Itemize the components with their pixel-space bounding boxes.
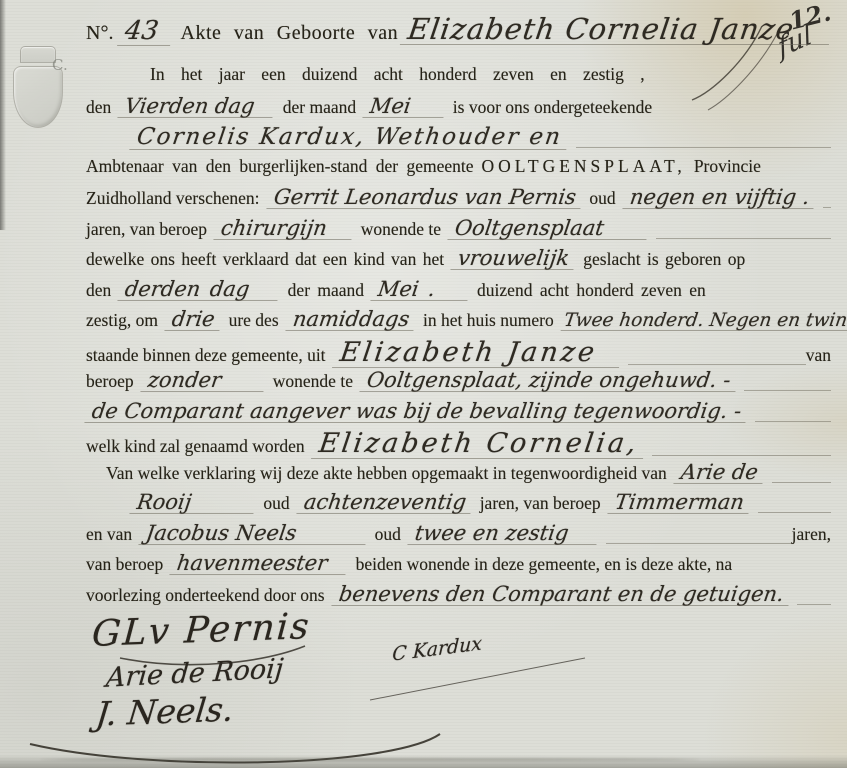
handwritten-entry: de Comparant aangever was bij de bevalli… [84,400,749,423]
document-header-line: N°. 43 Akte van Geboorte van Elizabeth C… [86,14,831,60]
handwritten-entry: vrouwelijk [450,247,576,270]
scan-bottom-edge-shadow [0,755,847,768]
birth-certificate-scan: C. 12. ful N°. 43 Akte van Geboorte van … [0,0,847,768]
document-line: Rooijoudachtenzeventigjaren, van beroepT… [86,491,831,522]
document-line: van beroephavenmeesterbeiden wonende in … [86,552,831,583]
document-line: Van welke verklaring wij deze akte hebbe… [86,461,831,492]
handwritten-entry: negen en vijftig . [622,186,817,209]
printed-text: der maand [288,280,364,301]
printed-text: voorlezing onderteekend door ons [86,585,325,606]
printed-text: jaren, [792,524,831,545]
ruled-line-fill [744,378,831,391]
printed-text: In het jaar een duizend acht honderd zev… [150,64,645,85]
printed-text: Ambtenaar van den burgerlijken-stand der… [86,156,474,177]
handwritten-entry: havenmeester [170,552,350,575]
printed-text: beroep [86,371,134,392]
document-line: dewelke ons heeft verklaard dat een kind… [86,247,831,278]
printed-text: geslacht is geboren op [583,249,745,270]
printed-text: wonende te [273,371,353,392]
child-name-header: Elizabeth Cornelia Janze [400,14,833,45]
handwritten-entry: derden dag [118,278,282,301]
printed-text: van beroep [86,554,163,575]
document-line: Cornelis Kardux, Wethouder en [86,125,831,156]
handwritten-entry: Elizabeth Cornelia, [311,430,647,459]
ruled-line-fill [823,195,831,208]
printed-text: in het huis numero [423,310,554,331]
printed-text: beiden wonende in deze gemeente, en is d… [356,554,733,575]
handwritten-entry: drie [164,308,222,331]
printed-text: OOLTGENSPLAAT, [482,156,686,177]
printed-text: duizend acht honderd zeven en [477,280,706,301]
printed-text: en van [86,524,132,545]
printed-text: oud [589,188,615,209]
printed-text: jaren, van beroep [86,219,207,240]
document-line: en vanJacobus Neelsoudtwee en zestigjare… [86,522,831,553]
document-content: N°. 43 Akte van Geboorte van Elizabeth C… [0,0,847,613]
handwritten-entry: benevens den Comparant en de getuigen. [331,583,791,606]
printed-text: ure des [229,310,279,331]
document-line: Ambtenaar van den burgerlijken-stand der… [86,156,831,187]
handwritten-entry: Timmerman [607,491,751,514]
document-line: In het jaar een duizend acht honderd zev… [86,64,831,95]
printed-text: jaren, van beroep [480,493,601,514]
document-line: jaren, van beroepchirurgijnwonende teOol… [86,217,831,248]
act-number-value: 43 [117,18,174,46]
document-line: beroepzonderwonende teOoltgensplaat, zij… [86,369,831,400]
handwritten-entry: Vierden dag [118,95,277,118]
printed-text: oud [375,524,401,545]
document-line: Zuidholland verschenen:Gerrit Leonardus … [86,186,831,217]
handwritten-entry: chirurgijn [213,217,354,240]
ruled-line-fill [758,500,831,513]
document-line: denderden dagder maandMei .duizend acht … [86,278,831,309]
handwritten-entry: namiddags [285,308,417,331]
document-line: de Comparant aangever was bij de bevalli… [86,400,831,431]
ruled-line-fill [628,352,805,365]
printed-text: van [806,345,831,366]
ruled-line-fill [755,409,831,422]
ruled-line-fill [772,470,831,483]
ruled-line-fill [576,135,831,148]
handwritten-entry: Gerrit Leonardus van Pernis [266,186,583,209]
handwritten-entry: Rooij [129,491,257,514]
document-title: Akte van Geboorte van [181,22,399,45]
printed-text: Provincie [694,156,761,177]
handwritten-entry: Arie de [673,461,765,484]
body-lines: In het jaar een duizend acht honderd zev… [86,64,831,613]
printed-text: dewelke ons heeft verklaard dat een kind… [86,249,444,270]
handwritten-entry: achtenzeventig [296,491,473,514]
document-line: welk kind zal genaamd wordenElizabeth Co… [86,430,831,461]
printed-text: Zuidholland verschenen: [86,188,260,209]
handwritten-entry: Twee honderd. Negen en twintig [560,311,847,331]
signature-witness-rooij: Arie de Rooij [105,653,285,693]
handwritten-entry: Mei [363,95,447,118]
signature-registrar-kardux: C Kardux [392,632,483,665]
printed-text: welk kind zal genaamd worden [86,436,305,457]
printed-text: den [86,280,111,301]
handwritten-entry: Mei . [370,278,470,301]
handwritten-entry: Elizabeth Janze [332,339,623,368]
document-line: voorlezing onderteekend door onsbenevens… [86,583,831,614]
printed-text: zestig, om [86,310,158,331]
handwritten-entry: zonder [140,369,266,392]
printed-text: oud [263,493,289,514]
document-line: denVierden dagder maandMeiis voor ons on… [86,95,831,126]
signature-declarant-pernis: GLv Pernis [91,606,312,655]
handwritten-entry: Jacobus Neels [139,522,369,545]
handwritten-entry: Ooltgensplaat, zijnde ongehuwd. - [359,369,738,392]
document-line: zestig, omdrieure desnamiddagsin het hui… [86,308,831,339]
printed-text: wonende te [361,219,441,240]
printed-text: den [86,97,111,118]
scan-left-edge-shadow [0,0,6,230]
signature-witness-neels: J. Neels. [94,690,236,734]
printed-text: der maand [283,97,356,118]
handwritten-entry: twee en zestig [407,522,600,545]
ruled-line-fill [797,592,831,605]
printed-text: is voor ons ondergeteekende [453,97,652,118]
handwritten-entry: Ooltgensplaat [447,217,649,240]
ruled-line-fill [606,531,791,544]
handwritten-entry: Cornelis Kardux, Wethouder en [129,125,569,150]
printed-text: staande binnen deze gemeente, uit [86,345,326,366]
act-number-label: N°. [86,22,113,45]
ruled-line-fill [656,226,831,239]
ruled-line-fill [652,443,831,456]
printed-text: Van welke verklaring wij deze akte hebbe… [106,463,667,484]
document-line: staande binnen deze gemeente, uitElizabe… [86,339,831,370]
